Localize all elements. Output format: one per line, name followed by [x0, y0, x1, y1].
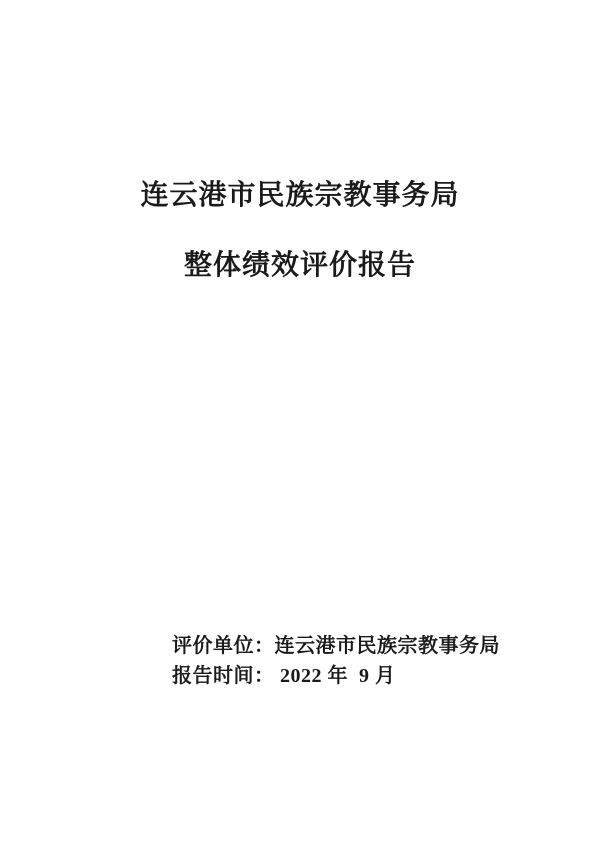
document-cover-page: 连云港市民族宗教事务局 整体绩效评价报告 评价单位：连云港市民族宗教事务局 报告…	[0, 0, 600, 848]
document-title-line-1: 连云港市民族宗教事务局	[0, 180, 600, 212]
cover-footer-block: 评价单位：连云港市民族宗教事务局 报告时间： 2022 年 9 月	[172, 631, 500, 691]
document-title-line-2: 整体绩效评价报告	[0, 250, 600, 282]
evaluation-unit-line: 评价单位：连云港市民族宗教事务局	[172, 631, 500, 661]
title-block: 连云港市民族宗教事务局 整体绩效评价报告	[0, 180, 600, 282]
report-date-line: 报告时间： 2022 年 9 月	[172, 661, 500, 691]
